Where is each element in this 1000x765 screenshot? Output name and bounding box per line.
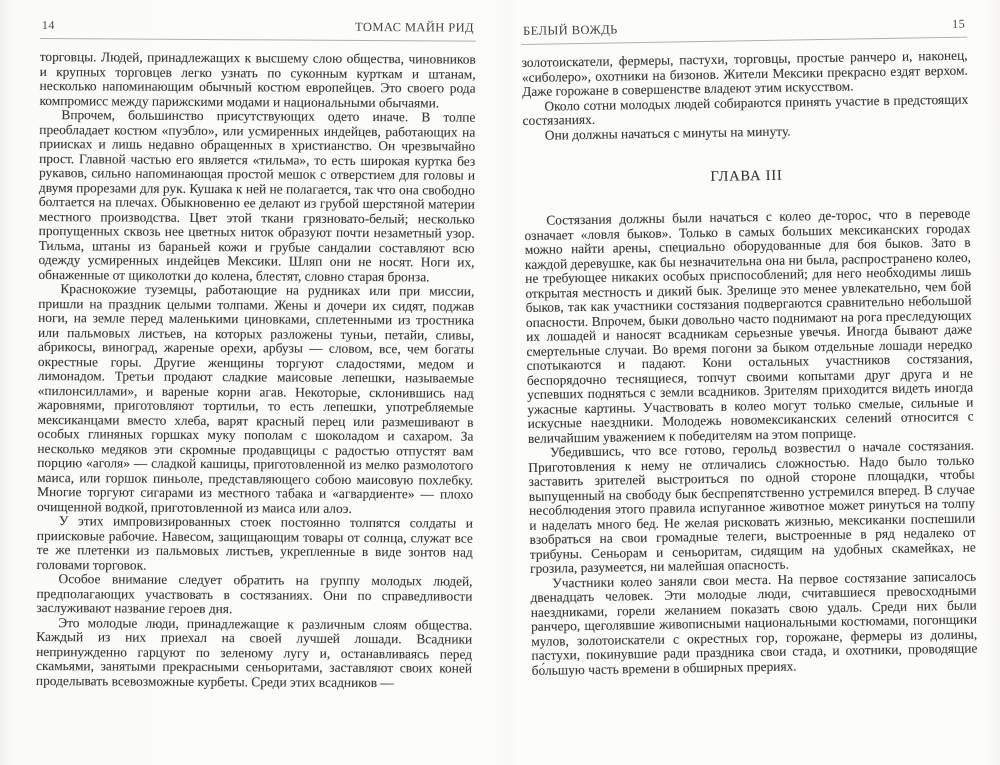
page-right: БЕЛЫЙ ВОЖДЬ 15 золотоискатели, фермеры, … bbox=[521, 17, 978, 678]
page-number-right: 15 bbox=[952, 17, 965, 32]
page-body-right-top: золотоискатели, фермеры, пастухи, торгов… bbox=[522, 49, 969, 143]
paragraph: Убедившись, что все готово, герольд возв… bbox=[528, 439, 976, 577]
paragraph: У этих импровизированных стоек постоянно… bbox=[37, 514, 473, 575]
paragraph: Участники колео заняли свои места. На пе… bbox=[530, 569, 978, 678]
page-body-left: торговцы. Людей, принадлежащих к высшему… bbox=[36, 50, 476, 691]
paragraph: Это молодые люди, принадлежащие к различ… bbox=[36, 615, 472, 690]
page-header-left: 14 ТОМАС МАЙН РИД bbox=[40, 18, 476, 42]
page-number-left: 14 bbox=[42, 18, 55, 33]
page-body-right-bottom: Состязания должны были начаться с колео … bbox=[524, 207, 978, 678]
paragraph: Состязания должны были начаться с колео … bbox=[524, 207, 974, 446]
paragraph: торговцы. Людей, принадлежащих к высшему… bbox=[39, 50, 475, 111]
paragraph: Краснокожие туземцы, работающие на рудни… bbox=[37, 282, 474, 517]
page-header-right: БЕЛЫЙ ВОЖДЬ 15 bbox=[521, 17, 967, 45]
paragraph: Особое внимание следует обратить на груп… bbox=[36, 572, 472, 618]
paragraph: Впрочем, большинство присутствующих одет… bbox=[38, 108, 475, 285]
running-title-left: ТОМАС МАЙН РИД bbox=[355, 20, 474, 36]
page-left: 14 ТОМАС МАЙН РИД торговцы. Людей, прина… bbox=[36, 18, 476, 691]
book-spread-scan: 14 ТОМАС МАЙН РИД торговцы. Людей, прина… bbox=[0, 0, 1000, 765]
running-title-right: БЕЛЫЙ ВОЖДЬ bbox=[523, 22, 618, 39]
chapter-heading: ГЛАВА III bbox=[523, 165, 969, 189]
